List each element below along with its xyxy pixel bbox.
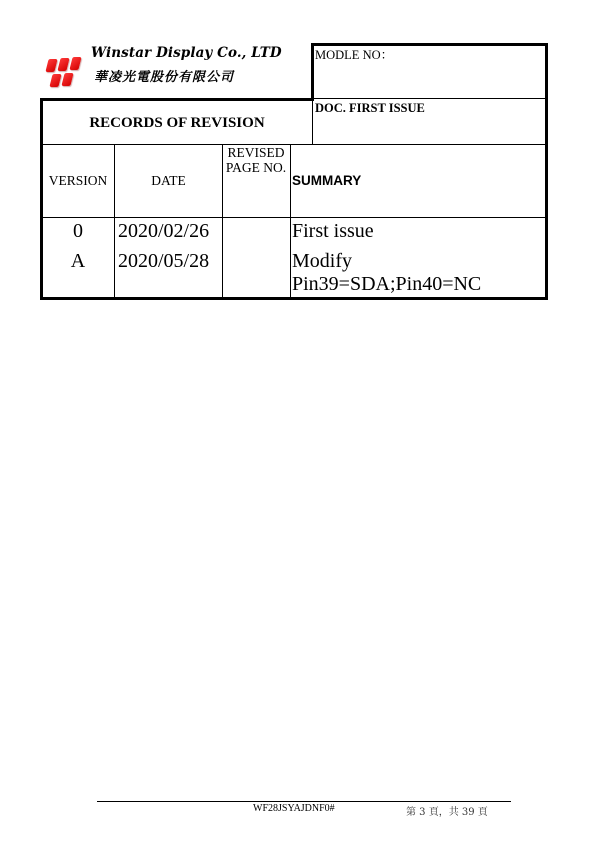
revised-label: REVISED (222, 145, 290, 160)
column-header-revised-page: REVISED PAGE NO. (222, 145, 290, 175)
records-of-revision-title: RECORDS OF REVISION (42, 115, 312, 132)
footer-divider (97, 801, 511, 802)
winstar-logo-icon (44, 57, 88, 89)
modle-no-label: MODLE NO： (315, 45, 393, 63)
row-summary: Modify (292, 249, 352, 273)
company-name-english: Winstar Display Co., LTD (91, 45, 282, 61)
company-name-chinese: 華凌光電股份有限公司 (94, 66, 234, 85)
footer-doc-code: WF28JSYAJDNF0# (253, 803, 335, 814)
page-no-label: PAGE NO. (222, 160, 290, 175)
doc-first-issue-label: DOC. FIRST ISSUE (315, 101, 425, 116)
row-summary: First issue (292, 219, 374, 243)
row-date: 2020/05/28 (118, 246, 209, 276)
row-date: 2020/02/26 (118, 216, 209, 246)
column-header-date: DATE (115, 173, 222, 189)
column-header-version: VERSION (42, 173, 114, 189)
row-summary-detail: Pin39=SDA;Pin40=NC (292, 272, 481, 296)
row-version: 0 (42, 216, 114, 246)
footer-page-info: 第 3 頁，共 39 頁 (406, 803, 488, 818)
row-version: A (42, 246, 114, 276)
column-header-summary: SUMMARY (292, 173, 361, 188)
